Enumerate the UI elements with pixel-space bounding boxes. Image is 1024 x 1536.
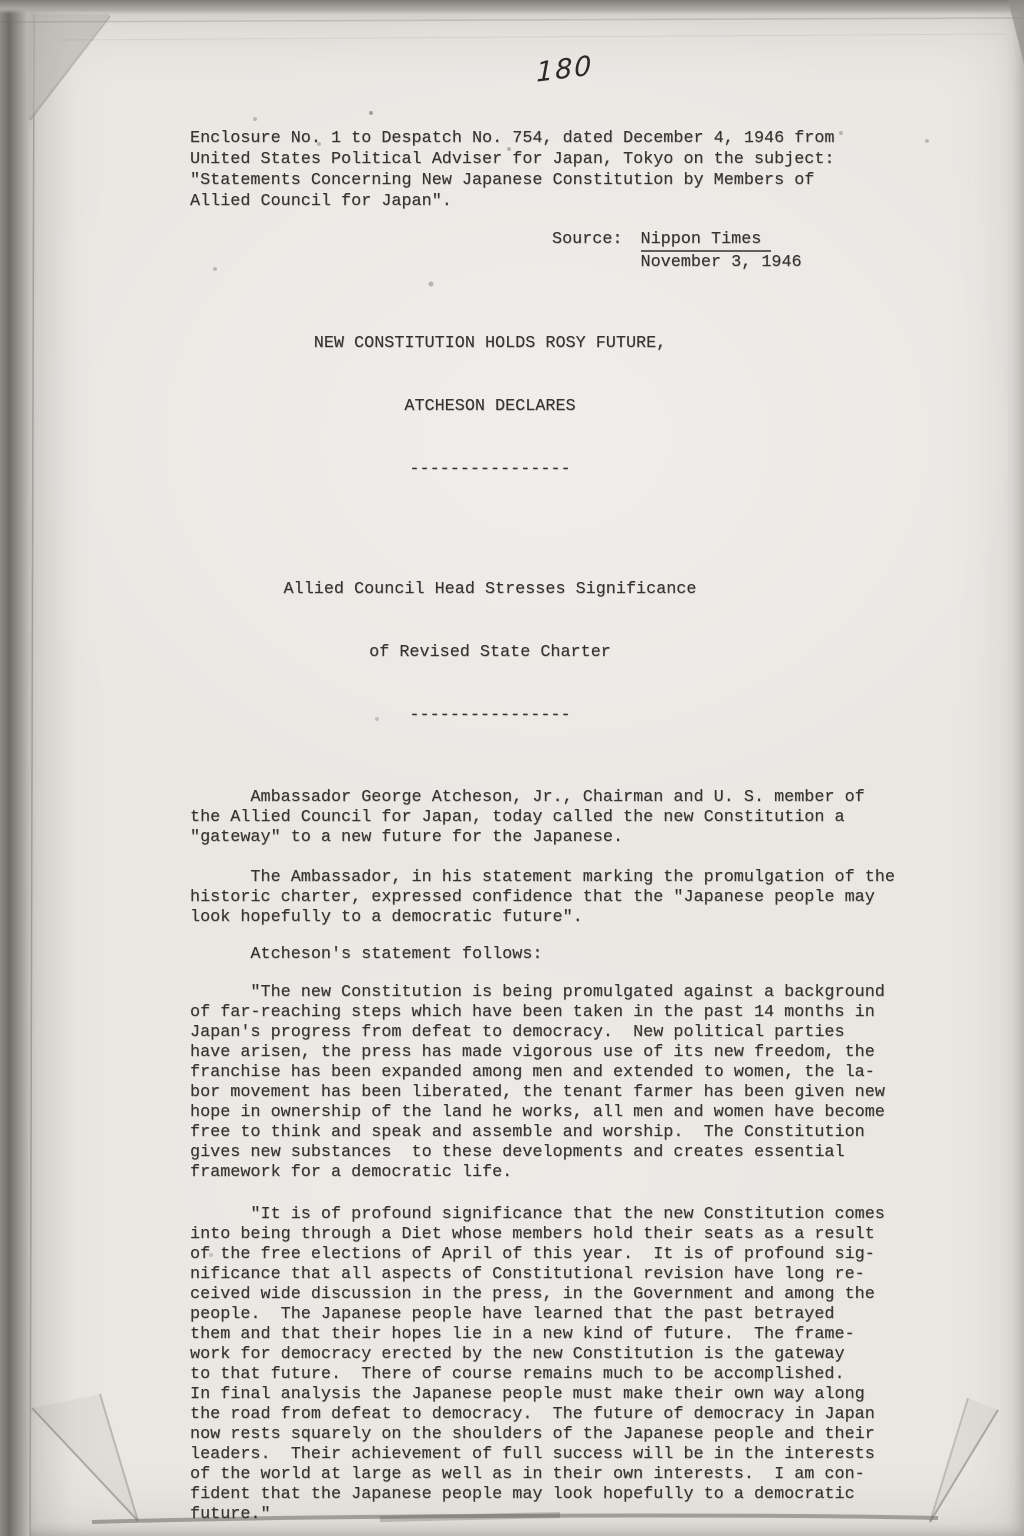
source-publication: Nippon Times — [641, 229, 772, 252]
body-paragraph: "The new Constitution is being promulgat… — [190, 983, 950, 1183]
headline-rule: ---------------- — [190, 459, 790, 480]
source-block: Source: Nippon Times November 3, 1946 — [552, 229, 950, 273]
paper-specks — [0, 0, 2, 2]
subheadline: Allied Council Head Stresses Significanc… — [190, 537, 790, 768]
subheadline-line1: Allied Council Head Stresses Significanc… — [190, 579, 790, 600]
document-content: Enclosure No. 1 to Despatch No. 754, dat… — [190, 128, 950, 1525]
headline-line1: NEW CONSTITUTION HOLDS ROSY FUTURE, — [190, 333, 790, 354]
headline-line2: ATCHESON DECLARES — [190, 396, 790, 417]
headline: NEW CONSTITUTION HOLDS ROSY FUTURE, ATCH… — [190, 291, 790, 522]
subheadline-rule: ---------------- — [190, 705, 790, 726]
source-details: Nippon Times November 3, 1946 — [641, 229, 802, 273]
body-paragraph: Atcheson's statement follows: — [190, 945, 950, 965]
body-paragraph: The Ambassador, in his statement marking… — [190, 868, 950, 928]
body-paragraph: Ambassador George Atcheson, Jr., Chairma… — [190, 788, 950, 848]
body-paragraph: "It is of profound significance that the… — [190, 1205, 950, 1525]
source-date: November 3, 1946 — [641, 252, 802, 273]
enclosure-note: Enclosure No. 1 to Despatch No. 754, dat… — [190, 128, 950, 212]
subheadline-line2: of Revised State Charter — [190, 642, 790, 663]
source-label: Source: — [552, 229, 623, 273]
scan-edge-top — [0, 0, 1024, 14]
scan-edge-left — [0, 0, 30, 1536]
